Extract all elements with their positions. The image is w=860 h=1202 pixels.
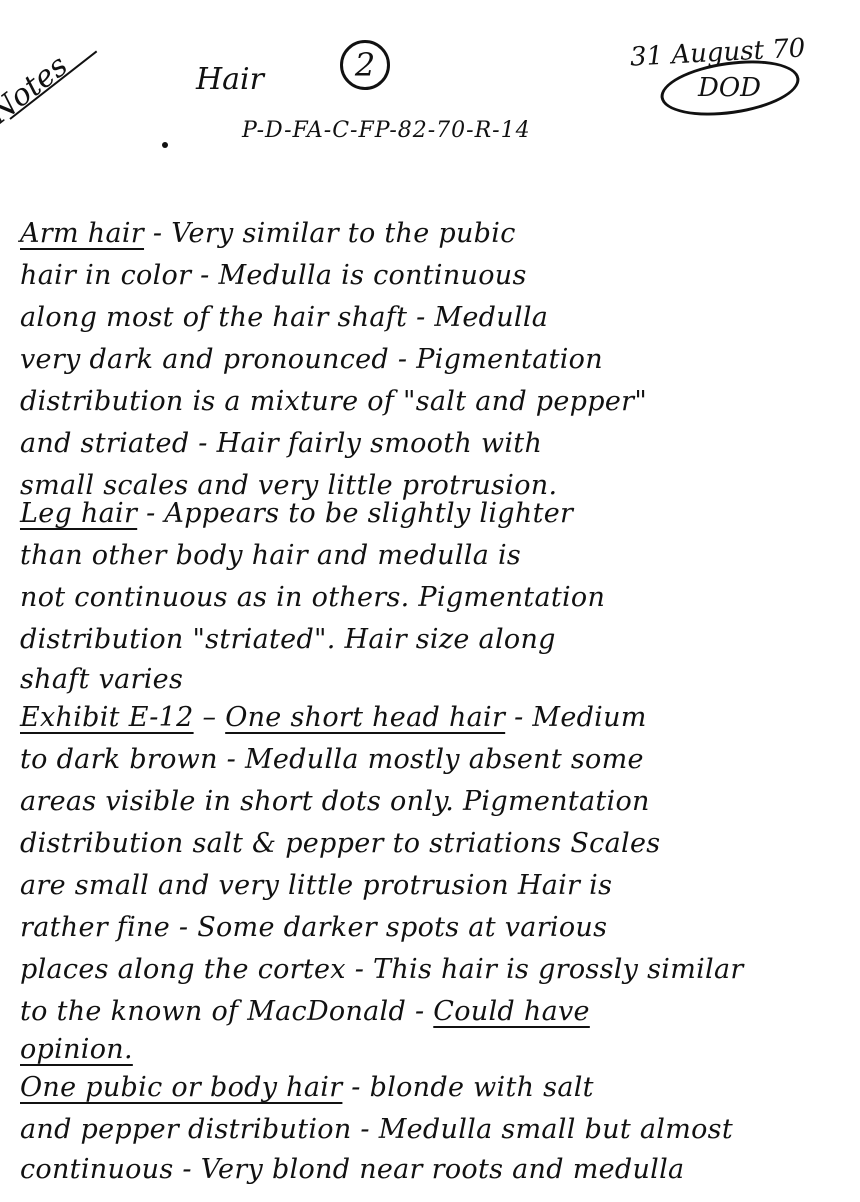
initials: DOD <box>698 73 761 103</box>
line: along most of the hair shaft - Medulla <box>20 302 548 333</box>
section-heading-pubic-body-hair: One pubic or body hair <box>20 1072 342 1103</box>
line: rather fine - Some darker spots at vario… <box>20 912 607 943</box>
dot-mark <box>162 142 168 148</box>
line-text: - Medium <box>505 702 647 733</box>
line: and striated - Hair fairly smooth with <box>20 428 542 459</box>
line: are small and very little protrusion Hai… <box>20 870 612 901</box>
section-subheading-head-hair: One short head hair <box>225 702 505 733</box>
dash: – <box>194 702 226 733</box>
line-with-emphasis: to the known of MacDonald - Could have <box>20 996 590 1027</box>
emphasis-could-have: Could have <box>433 996 590 1027</box>
section-arm-hair-line-1: Arm hair - Very similar to the pubic <box>20 218 516 249</box>
line: continuous - Very blond near roots and m… <box>20 1154 684 1185</box>
line-text: - Very similar to the pubic <box>144 218 516 249</box>
line: opinion. <box>20 1034 133 1065</box>
line: areas visible in short dots only. Pigmen… <box>20 786 650 817</box>
section-heading-leg-hair: Leg hair <box>20 498 137 529</box>
page-number-circled: 2 <box>340 40 390 90</box>
line-text: - Appears to be slightly lighter <box>137 498 573 529</box>
section-heading-arm-hair: Arm hair <box>20 218 144 249</box>
section-heading-exhibit: Exhibit E-12 <box>20 702 194 733</box>
line-text: opinion. <box>20 1034 133 1065</box>
page-number: 2 <box>355 46 375 84</box>
line: hair in color - Medulla is continuous <box>20 260 527 291</box>
section-exhibit-e12-line-1: Exhibit E-12 – One short head hair - Med… <box>20 702 647 733</box>
line-text: to the known of MacDonald - <box>20 996 433 1027</box>
handwritten-notes-page: Notes Hair 2 31 August 70 DOD P-D-FA-C-F… <box>0 0 860 1202</box>
section-pubic-body-hair-line-1: One pubic or body hair - blonde with sal… <box>20 1072 594 1103</box>
section-leg-hair-line-1: Leg hair - Appears to be slightly lighte… <box>20 498 573 529</box>
line: shaft varies <box>20 664 183 695</box>
line: to dark brown - Medulla mostly absent so… <box>20 744 644 775</box>
line: small scales and very little protrusion. <box>20 470 557 501</box>
line: not continuous as in others. Pigmentatio… <box>20 582 605 613</box>
line: distribution salt & pepper to striations… <box>20 828 660 859</box>
subject-label: Hair <box>196 62 264 97</box>
line: very dark and pronounced - Pigmentation <box>20 344 603 375</box>
line: and pepper distribution - Medulla small … <box>20 1114 733 1145</box>
line: places along the cortex - This hair is g… <box>20 954 744 985</box>
reference-code: P-D-FA-C-FP-82-70-R-14 <box>242 118 531 143</box>
line-text: - blonde with salt <box>342 1072 593 1103</box>
line: distribution "striated". Hair size along <box>20 624 556 655</box>
line: distribution is a mixture of "salt and p… <box>20 386 647 417</box>
line: than other body hair and medulla is <box>20 540 521 571</box>
